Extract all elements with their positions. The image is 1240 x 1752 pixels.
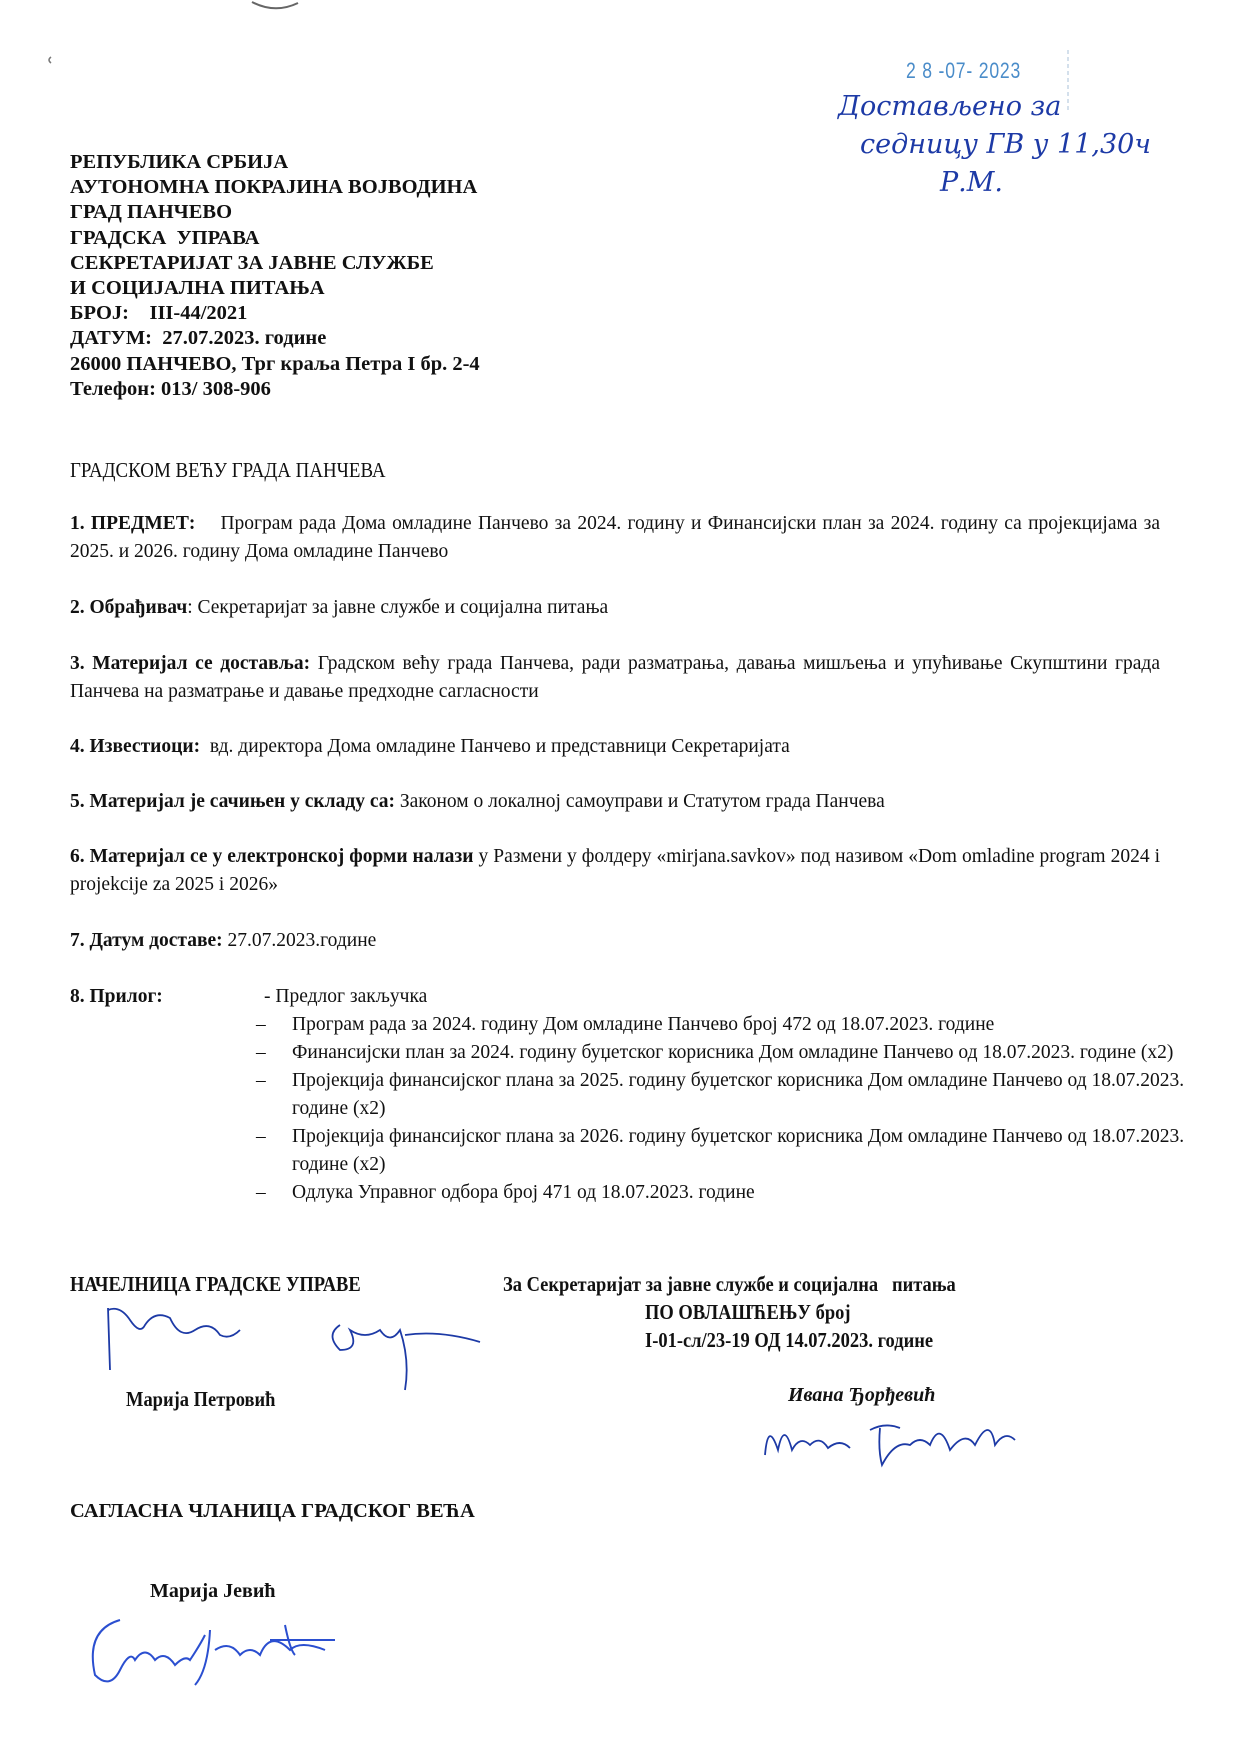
section-label: 6. Материјал се у електронској форми нал…	[70, 846, 473, 867]
section-delivery: 3. Материјал се доставља: Градском већу …	[70, 650, 1160, 706]
header-address: 26000 ПАНЧЕВО, Трг краља Петра I бр. 2-4	[70, 352, 480, 377]
section-label: 7. Датум доставе:	[70, 930, 223, 951]
scan-artifact-dot	[46, 56, 54, 64]
dash-bullet-icon: –	[256, 1123, 266, 1151]
signature-marija-petrovic	[100, 1300, 520, 1400]
header-secretariat: СЕКРЕТАРИЈАТ ЗА ЈАВНЕ СЛУЖБЕ	[70, 251, 480, 276]
council-member-title: САГЛАСНА ЧЛАНИЦА ГРАДСКОГ ВЕЋА	[70, 1500, 475, 1523]
dash-bullet-icon: –	[256, 1011, 266, 1039]
handwritten-note-line: седницу ГВ у 11,30ч	[830, 126, 1151, 164]
section-label: 3. Материјал се доставља:	[70, 653, 310, 674]
section-label: 5. Материјал је сачињен у складу са:	[70, 791, 395, 812]
section-reporters: 4. Известиоци: вд. директора Дома омлади…	[70, 733, 790, 761]
section-label: 4. Известиоци:	[70, 736, 200, 757]
section-text: Законом о локалној самоуправи и Статутом…	[400, 791, 885, 812]
right-signatory-name: Ивана Ђорђевић	[788, 1384, 935, 1407]
council-member-name: Марија Јевић	[150, 1580, 276, 1603]
handwritten-note: Достављено за седницу ГВ у 11,30ч Р.М.	[830, 88, 1151, 202]
dash-bullet-icon: –	[256, 1039, 266, 1067]
attachment-item: –Пројекција финансијског плана за 2026. …	[252, 1123, 1212, 1179]
section-subject: 1. ПРЕДМЕТ: Програм рада Дома омладине П…	[70, 510, 1160, 566]
attachment-item: –Финансијски план за 2024. годину буџетс…	[252, 1039, 1212, 1067]
authority-line-1: ПО ОВЛАШЋЕЊУ број	[645, 1300, 850, 1325]
section-electronic-form: 6. Материјал се у електронској форми нал…	[70, 843, 1160, 899]
section-author: 2. Обрађивач: Секретаријат за јавне служ…	[70, 594, 608, 622]
right-signatory-title: За Секретаријат за јавне службе и соција…	[503, 1272, 956, 1297]
header-secretariat-2: И СОЦИЈАЛНА ПИТАЊА	[70, 276, 480, 301]
attachment-first: - Предлог закључка	[252, 983, 1212, 1011]
signature-marija-jevic	[90, 1610, 370, 1690]
left-signatory-name: Марија Петровић	[126, 1387, 275, 1412]
header-number: БРОЈ: III-44/2021	[70, 301, 480, 326]
attachment-item: –Пројекција финансијског плана за 2025. …	[252, 1067, 1212, 1123]
header-phone: Телефон: 013/ 308-906	[70, 377, 480, 402]
section-text: 27.07.2023.године	[228, 930, 377, 951]
header-city: ГРАД ПАНЧЕВО	[70, 200, 480, 225]
header-date: ДАТУМ: 27.07.2023. године	[70, 326, 480, 351]
handwritten-note-line: Достављено за	[830, 88, 1151, 126]
header-province: АУТОНОМНА ПОКРАЈИНА ВОЈВОДИНА	[70, 175, 480, 200]
section-text: вд. директора Дома омладине Панчево и пр…	[210, 736, 790, 757]
section-text: : Секретаријат за јавне службе и социјал…	[187, 597, 608, 618]
document-header: РЕПУБЛИКА СРБИЈА АУТОНОМНА ПОКРАЈИНА ВОЈ…	[70, 150, 480, 402]
section-label: 2. Обрађивач	[70, 597, 187, 618]
left-signatory-title: НАЧЕЛНИЦА ГРАДСКЕ УПРАВЕ	[70, 1272, 361, 1297]
signature-ivana-djordjevic	[760, 1410, 1030, 1480]
scan-artifact-mark	[250, 0, 300, 14]
received-date-stamp: 2 8 -07- 2023	[906, 58, 1021, 84]
section-compliance: 5. Материјал је сачињен у складу са: Зак…	[70, 788, 885, 816]
section-text: Програм рада Дома омладине Панчево за 20…	[70, 513, 1160, 562]
authority-line-2: I-01-сл/23-19 ОД 14.07.2023. године	[645, 1328, 933, 1353]
section-label: 1. ПРЕДМЕТ:	[70, 513, 195, 534]
handwritten-note-line: Р.М.	[830, 164, 1151, 202]
header-administration: ГРАДСКА УПРАВА	[70, 226, 480, 251]
attachment-item: –Одлука Управног одбора број 471 од 18.0…	[252, 1179, 1212, 1207]
section-delivery-date: 7. Датум доставе: 27.07.2023.године	[70, 927, 376, 955]
recipient: ГРАДСКОМ ВЕЋУ ГРАДА ПАНЧЕВА	[70, 458, 386, 483]
attachments-label: 8. Прилог:	[70, 983, 163, 1011]
attachment-item: –Програм рада за 2024. годину Дом омлади…	[252, 1011, 1212, 1039]
attachments-list: - Предлог закључка –Програм рада за 2024…	[252, 983, 1212, 1207]
dash-bullet-icon: –	[256, 1179, 266, 1207]
header-country: РЕПУБЛИКА СРБИЈА	[70, 150, 480, 175]
dash-bullet-icon: –	[256, 1067, 266, 1095]
